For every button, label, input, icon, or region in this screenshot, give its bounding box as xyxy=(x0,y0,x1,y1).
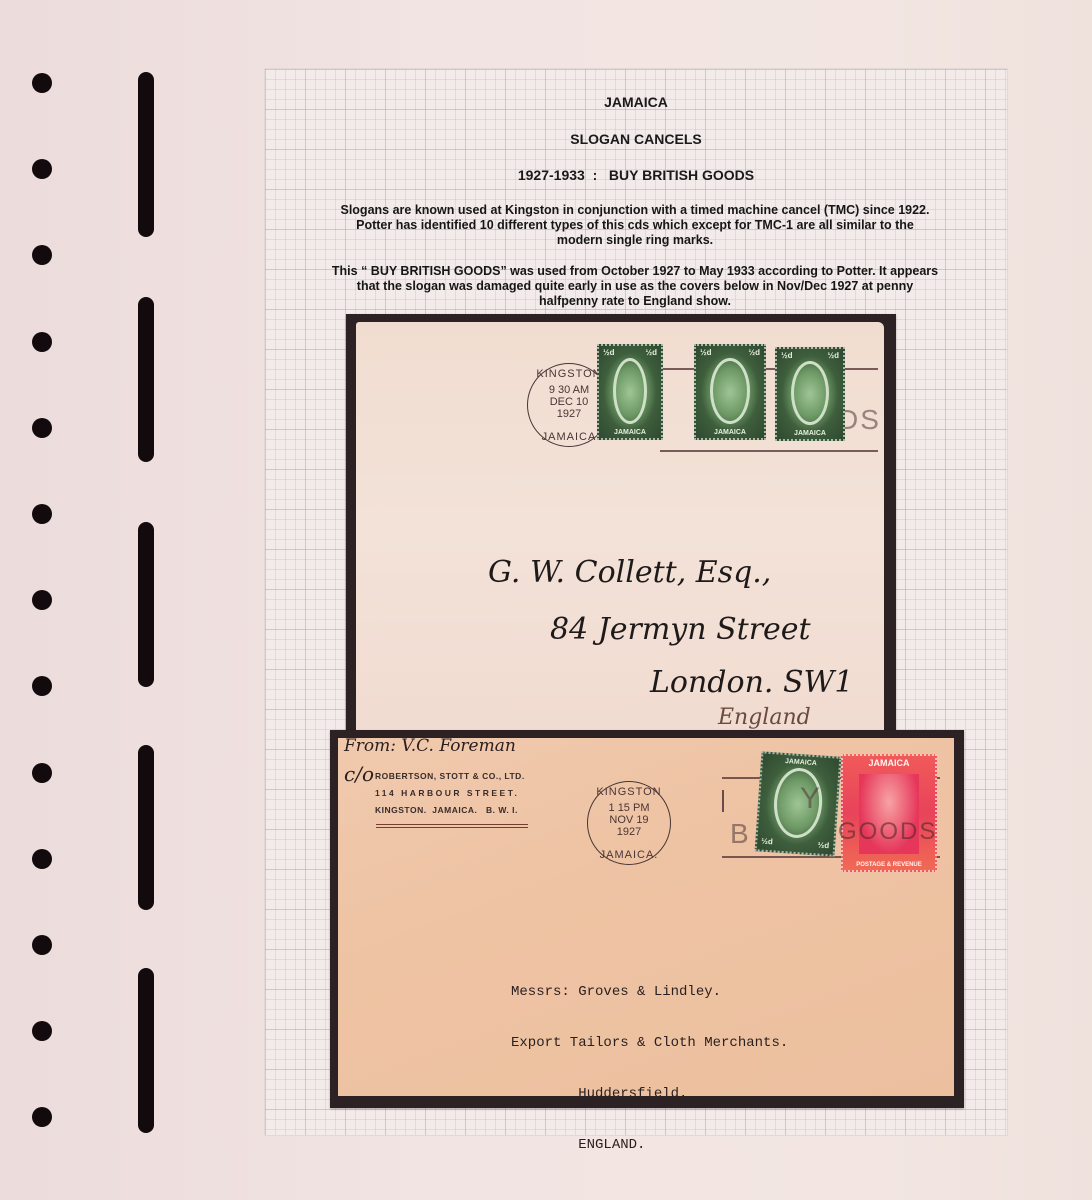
addressee-line: G. W. Collett, Esq., xyxy=(488,555,771,590)
text-line: modern single ring marks. xyxy=(290,233,980,248)
text-line: halfpenny rate to England show. xyxy=(290,294,980,309)
text-line: Potter has identified 10 different types… xyxy=(290,218,980,233)
stamp-value: ½d xyxy=(645,348,657,357)
page-title: JAMAICA xyxy=(264,94,1008,110)
binder-hole xyxy=(32,504,52,524)
king-portrait-icon xyxy=(613,358,647,424)
stamp-value: ½d xyxy=(781,351,793,360)
address-line: Huddersfield. xyxy=(511,1086,788,1103)
binder-hole xyxy=(32,332,52,352)
intro-paragraph-2: This “ BUY BRITISH GOODS” was used from … xyxy=(290,264,980,309)
stamp-halfpenny-3: ½d ½d JAMAICA xyxy=(775,347,845,441)
address-street: 84 Jermyn Street xyxy=(550,612,811,647)
postmark-year: 1927 xyxy=(588,826,670,838)
stamp-country: JAMAICA xyxy=(777,430,843,437)
text-line: that the slogan was damaged quite early … xyxy=(290,279,980,294)
binder-hole xyxy=(32,418,52,438)
address-country: England xyxy=(718,705,811,730)
binder-slot xyxy=(138,745,154,910)
intro-paragraph-1: Slogans are known used at Kingston in co… xyxy=(290,203,980,248)
care-of: c/o xyxy=(344,762,374,786)
stamp-value: ½d xyxy=(748,348,760,357)
stamp-country: JAMAICA xyxy=(843,758,935,768)
postmark-town: KINGSTON xyxy=(588,786,670,798)
binder-hole xyxy=(32,73,52,93)
stamp-country: JAMAICA xyxy=(599,429,661,436)
slogan-bar xyxy=(660,450,878,452)
slogan-fragment: GOODS xyxy=(838,818,937,846)
king-portrait-icon xyxy=(791,361,829,425)
binder-slot xyxy=(138,297,154,462)
slogan-mark xyxy=(722,790,724,812)
from-line: From: V.C. Foreman xyxy=(344,736,516,756)
binder-slot xyxy=(138,968,154,1133)
binder-hole xyxy=(32,1021,52,1041)
stamp-value: ½d xyxy=(761,837,773,847)
sender-imprint: ROBERTSON, STOTT & CO., LTD. 114 HARBOUR… xyxy=(375,768,525,819)
slogan-fragment: B xyxy=(730,818,751,850)
stamp-value: ½d xyxy=(827,351,839,360)
binder-hole xyxy=(32,245,52,265)
postmark-kingston-nov: KINGSTON 1 15 PM NOV 19 1927 JAMAICA. xyxy=(587,781,671,865)
postmark-country: JAMAICA. xyxy=(588,849,670,861)
binder-slot xyxy=(138,72,154,237)
binder-slot xyxy=(138,522,154,687)
stamp-country: JAMAICA xyxy=(696,429,764,436)
binder-hole xyxy=(32,849,52,869)
typed-address: Messrs: Groves & Lindley. Export Tailors… xyxy=(511,950,788,1171)
stamp-halfpenny: ½d ½d JAMAICA xyxy=(755,751,842,856)
stamp-value: ½d xyxy=(817,840,829,850)
address-line: ENGLAND. xyxy=(511,1137,788,1154)
stamp-penny: JAMAICA POSTAGE & REVENUE xyxy=(841,754,937,872)
stamp-value: ½d xyxy=(603,348,615,357)
postmark-date: NOV 19 xyxy=(588,814,670,826)
binder-hole xyxy=(32,935,52,955)
binder-hole xyxy=(32,1107,52,1127)
text-line: Slogans are known used at Kingston in co… xyxy=(290,203,980,218)
page-subtitle: SLOGAN CANCELS xyxy=(264,131,1008,147)
underline xyxy=(376,824,528,828)
sender-line: 114 HARBOUR STREET. xyxy=(375,785,525,802)
sender-line: KINGSTON. JAMAICA. B. W. I. xyxy=(375,802,525,819)
stamp-country: JAMAICA xyxy=(763,756,839,768)
binder-hole xyxy=(32,676,52,696)
postmark-time: 1 15 PM xyxy=(588,802,670,814)
stamp-halfpenny-1: ½d ½d JAMAICA xyxy=(597,344,663,440)
page-heading: 1927-1933 : BUY BRITISH GOODS xyxy=(264,167,1008,183)
binder-hole xyxy=(32,763,52,783)
king-portrait-icon xyxy=(710,358,750,424)
address-line: Messrs: Groves & Lindley. xyxy=(511,984,788,1001)
stamp-value: ½d xyxy=(700,348,712,357)
stamp-caption: POSTAGE & REVENUE xyxy=(843,862,935,868)
address-line: Export Tailors & Cloth Merchants. xyxy=(511,1035,788,1052)
sender-line: ROBERTSON, STOTT & CO., LTD. xyxy=(375,768,525,785)
binder-hole xyxy=(32,159,52,179)
binder-hole xyxy=(32,590,52,610)
text-line: This “ BUY BRITISH GOODS” was used from … xyxy=(290,264,980,279)
stamp-halfpenny-2: ½d ½d JAMAICA xyxy=(694,344,766,440)
address-city: London. SW1 xyxy=(650,665,853,700)
slogan-fragment: Y xyxy=(800,782,822,816)
